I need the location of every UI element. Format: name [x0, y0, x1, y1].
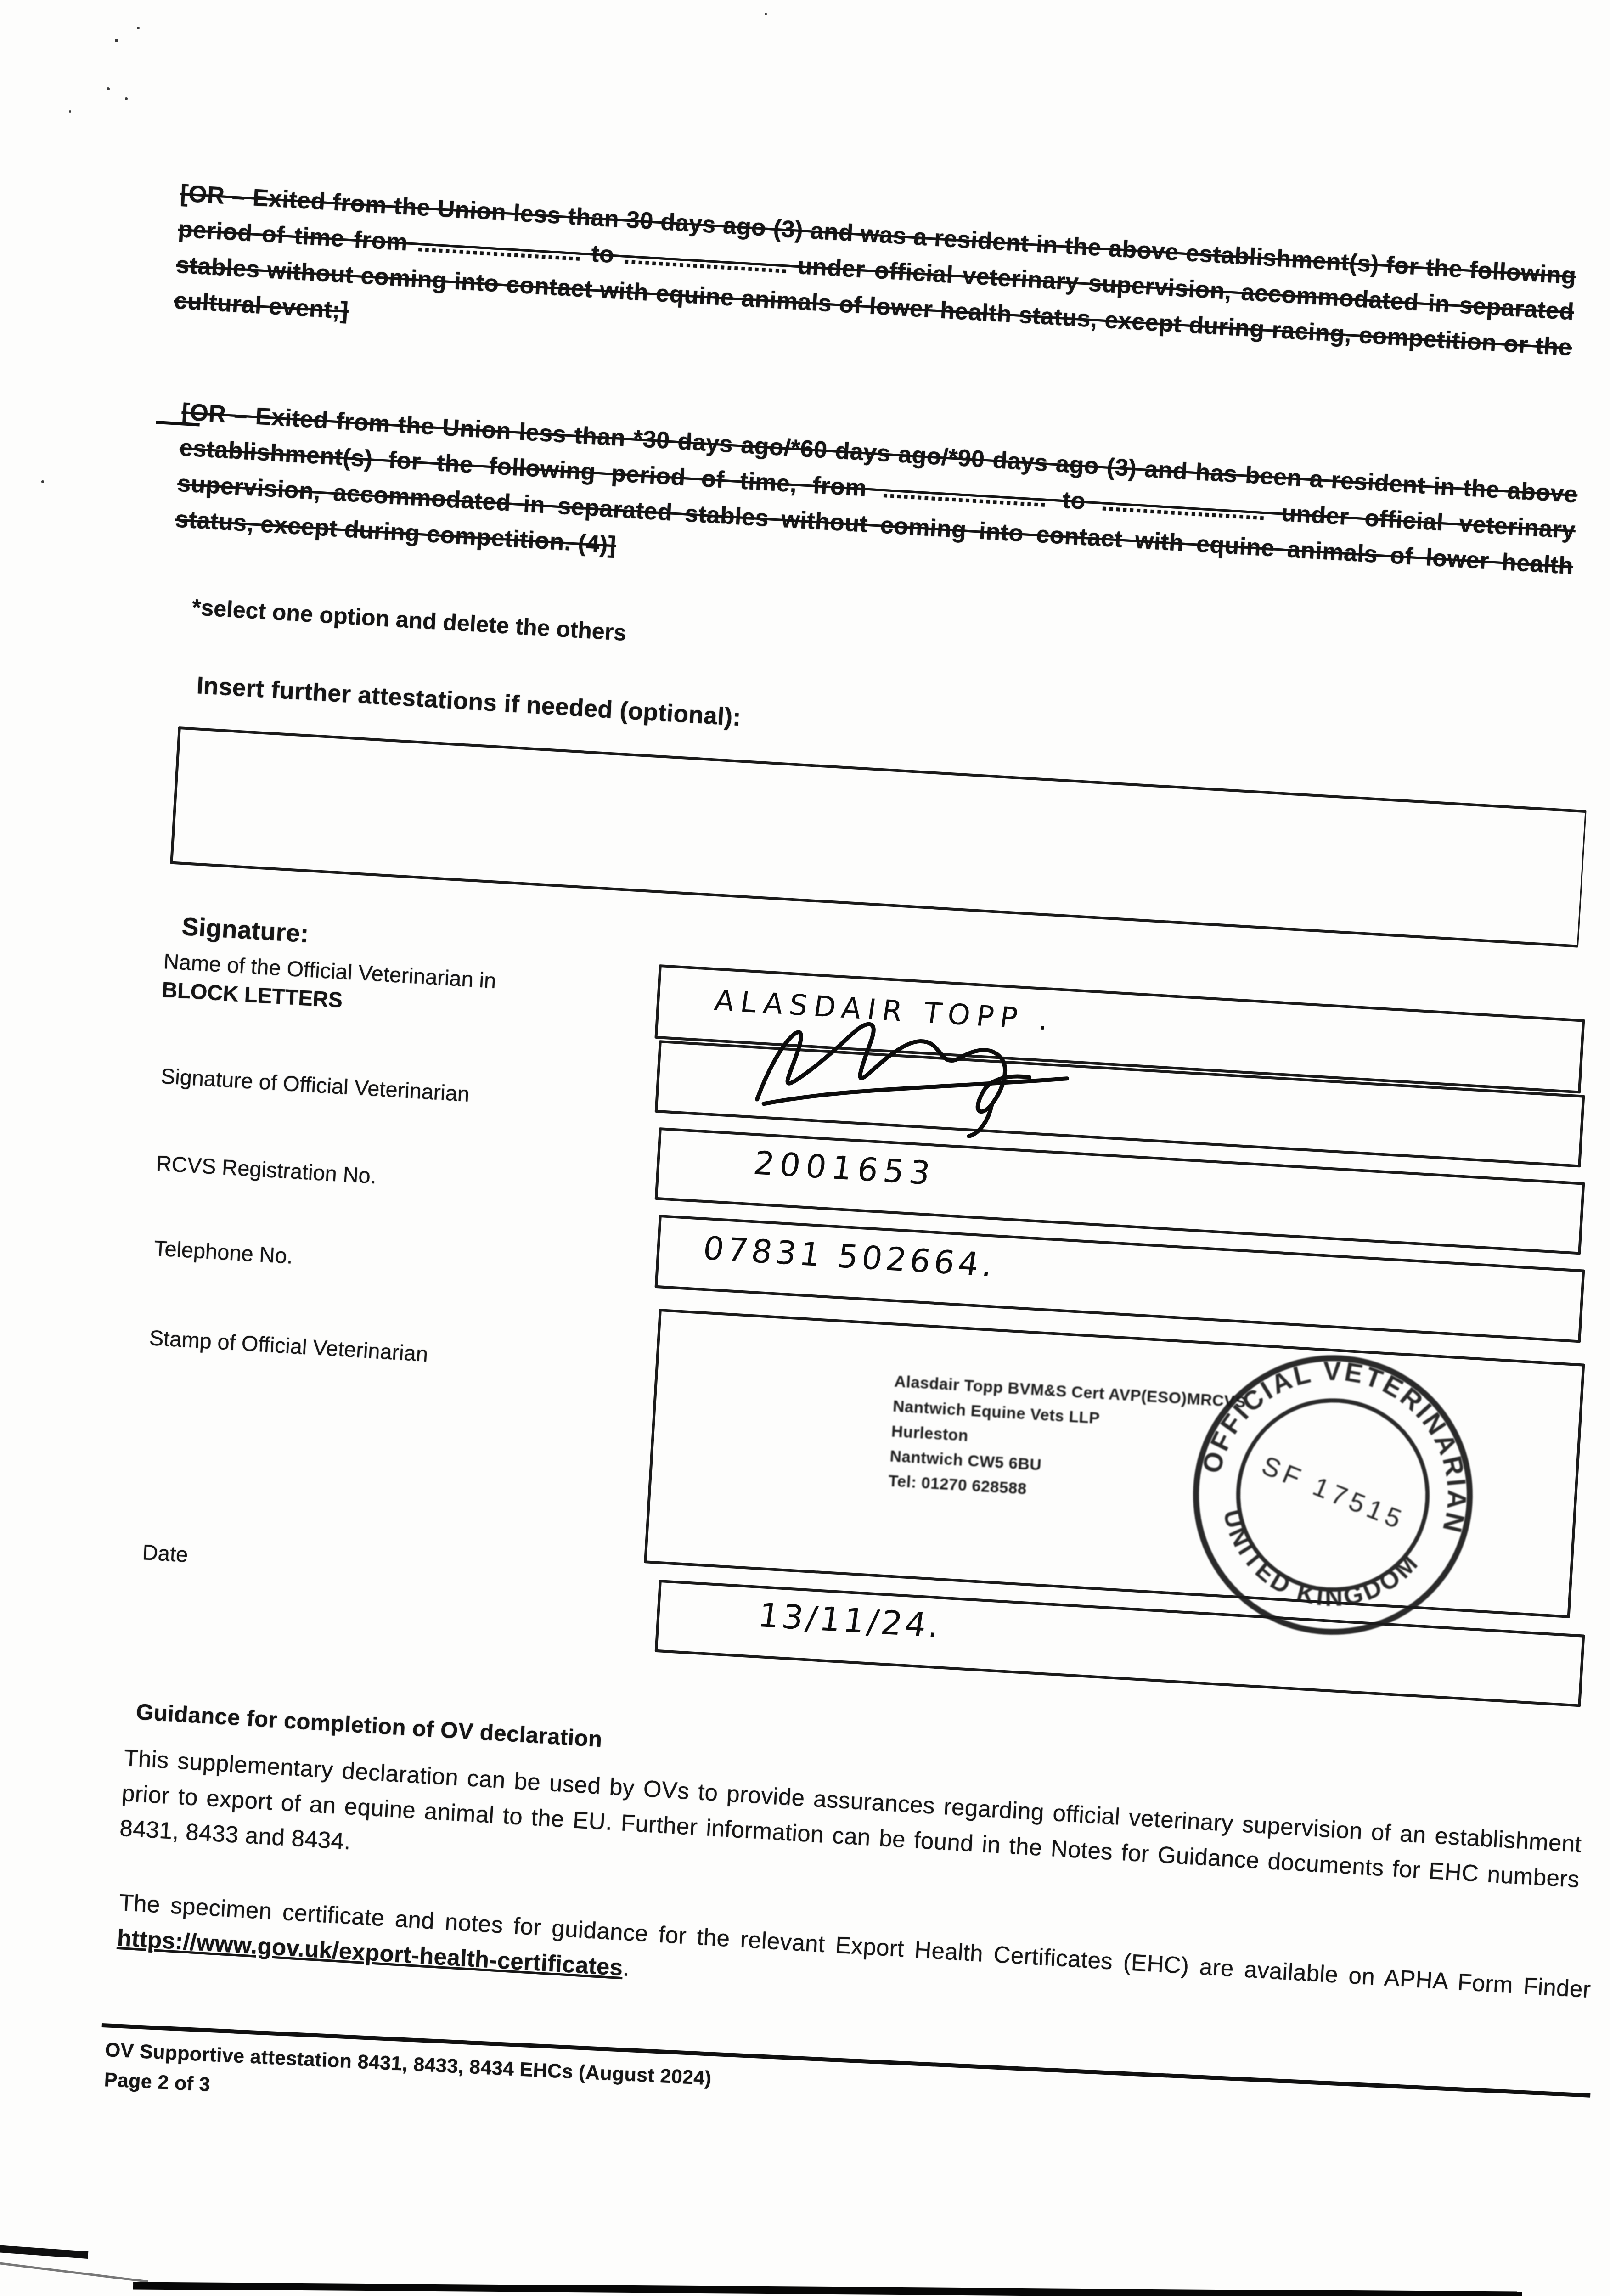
scan-speck	[137, 27, 140, 29]
rcvs-registration-label: RCVS Registration No.	[155, 1149, 377, 1190]
scan-bottom-bar	[133, 2282, 1522, 2296]
signature-handwriting	[730, 1004, 1095, 1149]
signature-section-heading: Signature:	[181, 912, 310, 948]
scan-speck	[765, 13, 767, 15]
attestation-option-1: [OR – Exited from the Union less than 30…	[173, 175, 1577, 401]
guidance-heading: Guidance for completion of OV declaratio…	[135, 1699, 603, 1752]
date-label: Date	[141, 1538, 189, 1569]
scan-speck	[69, 110, 71, 113]
telephone-value: 07831 502664.	[701, 1229, 999, 1284]
scan-speck	[115, 39, 118, 42]
select-option-note: *select one option and delete the others	[191, 594, 627, 646]
stamp-of-ov-field: Alasdair Topp BVM&S Cert AVP(ESO)MRCVS N…	[644, 1309, 1585, 1618]
date-value: 13/11/24.	[756, 1596, 945, 1645]
signature-of-ov-label: Signature of Official Veterinarian	[160, 1062, 689, 1121]
scan-speck	[107, 87, 110, 90]
scan-speck	[125, 97, 128, 100]
attestation-option-2: [OR – Exited from the Union less than *3…	[174, 394, 1578, 620]
availability-text-after: .	[622, 1954, 630, 1981]
name-of-ov-label: Name of the Official Veterinarian in BLO…	[161, 947, 650, 1033]
scan-edge-curve	[0, 2262, 148, 2283]
footer-page-number: Page 2 of 3	[104, 2069, 211, 2096]
further-attestations-box	[170, 726, 1586, 948]
telephone-label: Telephone No.	[153, 1234, 293, 1271]
stamp-of-ov-label: Stamp of Official Veterinarian	[148, 1323, 428, 1368]
scanned-document-page: { "document": { "options": [ { "text": "…	[0, 0, 1610, 2296]
round-stamp-center-text: SF 17515	[1258, 1450, 1410, 1536]
name-of-ov-label-line2: BLOCK LETTERS	[161, 977, 343, 1012]
further-attestations-heading: Insert further attestations if needed (o…	[196, 671, 742, 732]
scan-speck	[41, 480, 44, 483]
rcvs-registration-value: 2001653	[751, 1144, 938, 1193]
scan-edge-mark	[0, 2245, 88, 2259]
